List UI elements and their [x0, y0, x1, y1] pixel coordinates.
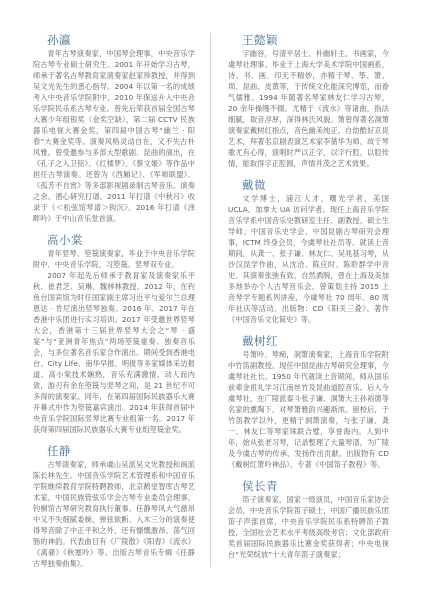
- bio-entry-sun-ying: 孙瀛 青年古琴演奏家，中国琴会理事，中央音乐学院古琴专业硕士研究生。2001 年…: [33, 33, 195, 224]
- performer-bio: 文学博士，浦江人才，曙光学者，美国 UCLA、加拿大 UA 访问学者。现任上海音…: [228, 193, 389, 325]
- bio-paragraph: 文学博士，浦江人才，曙光学者，美国 UCLA、加拿大 UA 访问学者。现任上海音…: [228, 193, 389, 325]
- performer-name: 任静: [47, 444, 195, 458]
- performer-bio: 青年竖琴、箜篌演奏家，毕业于中央音乐学院附中、中央音乐学院，习箜篌、竖琴双专业。…: [33, 248, 195, 435]
- performer-bio: 号箫吟、琴痴，洞箫演奏家，上海音乐学院附中竹笛副教授。现任中国昆曲古琴研究会理事…: [228, 349, 389, 470]
- performer-bio: 笛子演奏家，国家一级演员，中国音乐家协会会员，中央音乐学院笛子硕士，中国广播民族…: [228, 494, 389, 560]
- bio-entry-wang-yiying: 王懿颖 字幽谷，号清平居士、朴幽轩主，书画家，今虞琴社理事。毕业于上海大学美术学…: [228, 33, 389, 169]
- performer-name: 侯长青: [242, 479, 389, 493]
- bio-paragraph: 字幽谷，号清平居士、朴幽轩主，书画家，今虞琴社理事。毕业于上海大学美术学院中国画…: [228, 48, 389, 169]
- performer-name: 王懿颖: [242, 33, 389, 47]
- performer-bio: 字幽谷，号清平居士、朴幽轩主，书画家，今虞琴社理事。毕业于上海大学美术学院中国画…: [228, 48, 389, 169]
- performer-bio: 青年古琴演奏家，中国琴会理事，中央音乐学院古琴专业硕士研究生。2001 年开始学…: [33, 48, 195, 224]
- right-column: 王懿颖 字幽谷，号清平居士、朴幽轩主，书画家，今虞琴社理事。毕业于上海大学美术学…: [228, 33, 389, 569]
- bio-entry-ren-jing: 任静 古琴演奏家，师承虞山吴派吴文光教授和闽派陈长林先生。中国音乐学院艺术管理系…: [33, 444, 195, 569]
- bio-paragraph: 2007 年起先后师承于教育家及演奏家乐平秋、崔君芝、吴琳、魏林林教授。2012…: [33, 270, 195, 435]
- bio-entry-dai-shuhong: 戴树红 号箫吟、琴痴，洞箫演奏家，上海音乐学院附中竹笛副教授。现任中国昆曲古琴研…: [228, 334, 389, 470]
- performer-name: 戴树红: [242, 334, 389, 348]
- bio-paragraph: 古琴演奏家，师承虞山吴派吴文光教授和闽派陈长林先生。中国音乐学院艺术管理系和中国…: [33, 459, 195, 569]
- performer-name: 戴微: [242, 178, 389, 192]
- bio-paragraph: 笛子演奏家，国家一级演员，中国音乐家协会会员，中央音乐学院笛子硕士，中国广播民族…: [228, 494, 389, 560]
- bio-entry-hou-changqing: 侯长青 笛子演奏家，国家一级演员，中国音乐家协会会员，中央音乐学院笛子硕士，中国…: [228, 479, 389, 560]
- performer-bio: 古琴演奏家，师承虞山吴派吴文光教授和闽派陈长林先生。中国音乐学院艺术管理系和中国…: [33, 459, 195, 569]
- performer-name: 孙瀛: [47, 33, 195, 47]
- bio-paragraph: 青年竖琴、箜篌演奏家，毕业于中央音乐学院附中、中央音乐学院，习箜篌、竖琴双专业。: [33, 248, 195, 270]
- left-column: 孙瀛 青年古琴演奏家，中国琴会理事，中央音乐学院古琴专业硕士研究生。2001 年…: [33, 33, 195, 578]
- bio-paragraph: 号箫吟、琴痴，洞箫演奏家，上海音乐学院附中竹笛副教授。现任中国昆曲古琴研究会理事…: [228, 349, 389, 470]
- bio-entry-gao-xiaotang: 高小棠 青年竖琴、箜篌演奏家，毕业于中央音乐学院附中、中央音乐学院，习箜篌、竖琴…: [33, 233, 195, 435]
- bio-entry-dai-wei: 戴微 文学博士，浦江人才，曙光学者，美国 UCLA、加拿大 UA 访问学者。现任…: [228, 178, 389, 325]
- bio-paragraph: 青年古琴演奏家，中国琴会理事，中央音乐学院古琴专业硕士研究生。2001 年开始学…: [33, 48, 195, 224]
- performer-name: 高小棠: [47, 233, 195, 247]
- column-divider: [210, 33, 211, 567]
